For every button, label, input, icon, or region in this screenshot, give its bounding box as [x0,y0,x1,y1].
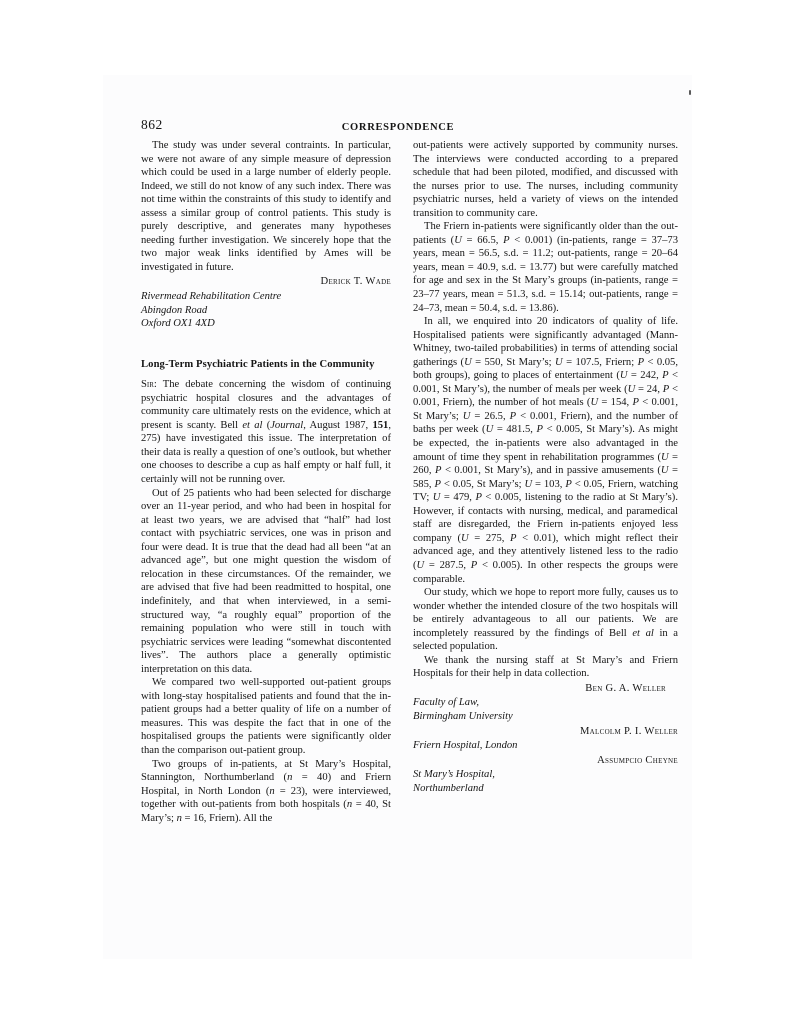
signature-address: Friern Hospital, London [413,739,678,753]
signature-name: Ben G. A. Weller [413,682,678,696]
scanned-journal-page: { "page": { "number": "862", "running_he… [0,0,800,1036]
stat-variable: P [435,465,441,476]
stat-variable: P [638,357,644,368]
letter-title: Long-Term Psychiatric Patients in the Co… [141,358,391,372]
stat-variable: P [503,235,509,246]
stat-variable: U [433,492,441,503]
page-number: 862 [141,117,163,133]
journal-page: 862 CORRESPONDENCE The study was under s… [103,75,692,959]
paragraph: The study was under several contraints. … [141,139,391,274]
paragraph: Sir: The debate concerning the wisdom of… [141,378,391,486]
address-line: Oxford OX1 4XD [141,317,391,331]
italic-text: Journal [270,420,303,431]
address-line: St Mary’s Hospital, [413,768,678,782]
stat-variable: P [662,370,668,381]
stat-variable: P [510,533,516,544]
signature-name: Derick T. Wade [141,275,391,289]
stat-variable: n [347,799,352,810]
signature-name: Assumpcio Cheyne [413,754,678,768]
scan-speck-artifact [689,90,691,95]
two-column-text: The study was under several contraints. … [141,139,678,825]
column-left: The study was under several contraints. … [141,139,391,825]
stat-variable: U [620,370,628,381]
address-line: Rivermead Rehabilitation Centre [141,290,391,304]
stat-variable: U [464,357,472,368]
stat-variable: U [661,465,669,476]
stat-variable: n [177,813,182,824]
address-line: Abingdon Road [141,304,391,318]
stat-variable: P [434,479,440,490]
paragraph: Our study, which we hope to report more … [413,586,678,654]
stat-variable: U [454,235,462,246]
paragraph: In all, we enquired into 20 indicators o… [413,315,678,586]
stat-variable: U [661,452,669,463]
running-head: CORRESPONDENCE [342,122,454,133]
stat-variable: U [524,479,532,490]
stat-variable: P [471,560,477,571]
italic-text: et al [632,628,654,639]
signature-address: Faculty of Law,Birmingham University [413,696,678,723]
bold-text: 151 [372,420,388,431]
address-line: Northumberland [413,782,678,796]
stat-variable: U [417,560,425,571]
address-line: Birmingham University [413,710,678,724]
stat-variable: P [663,384,669,395]
paragraph: Two groups of in-patients, at St Mary’s … [141,758,391,826]
stat-variable: n [287,772,292,783]
stat-variable: U [555,357,563,368]
italic-text: et al [242,420,262,431]
signature-name: Malcolm P. I. Weller [413,725,678,739]
paragraph: We compared two well-supported out-patie… [141,676,391,757]
stat-variable: U [461,533,469,544]
stat-variable: U [463,411,471,422]
signature-address: St Mary’s Hospital,Northumberland [413,768,678,795]
stat-variable: U [590,397,598,408]
stat-variable: P [632,397,638,408]
stat-variable: P [510,411,516,422]
stat-variable: P [537,424,543,435]
stat-variable: U [628,384,636,395]
stat-variable: U [486,424,494,435]
paragraph: The Friern in-patients were significantl… [413,220,678,315]
stat-variable: n [269,786,274,797]
paragraph: Out of 25 patients who had been selected… [141,487,391,677]
address-line: Friern Hospital, London [413,739,678,753]
smallcaps-text: Sir [141,379,154,390]
column-right: out-patients were actively supported by … [413,139,678,825]
stat-variable: P [475,492,481,503]
signature-address: Rivermead Rehabilitation CentreAbingdon … [141,290,391,331]
paragraph: out-patients were actively supported by … [413,139,678,220]
paragraph: We thank the nursing staff at St Mary’s … [413,654,678,681]
address-line: Faculty of Law, [413,696,678,710]
stat-variable: P [565,479,571,490]
